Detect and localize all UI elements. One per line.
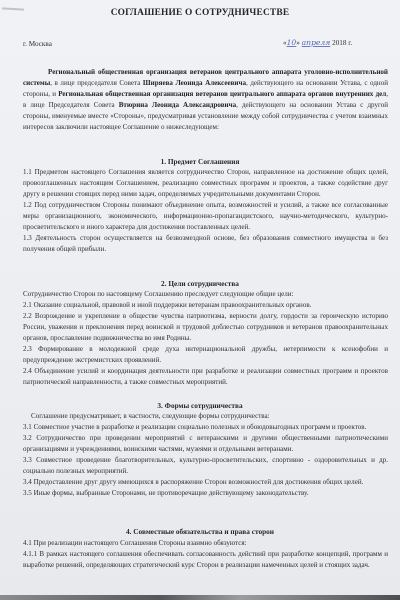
date-year: 2018 г. — [332, 39, 352, 47]
section-heading-2: 2. Цели сотрудничества — [0, 279, 400, 288]
forms-intro: Соглашение предусматривает, в частности,… — [23, 411, 388, 422]
clause-3-1: 3.1 Совместное участие в разработке и ре… — [23, 422, 388, 433]
section-heading-4: 4. Совместные обязательства и права стор… — [0, 527, 400, 536]
section-2-body: Сотрудничество Сторон по настоящему Согл… — [23, 289, 388, 388]
date-day-handwritten: 10 — [287, 38, 297, 47]
section-1-body: 1.1 Предметом настоящего Соглашения явля… — [23, 167, 388, 255]
goals-intro: Сотрудничество Сторон по настоящему Согл… — [23, 289, 388, 300]
clause-4-1-1: 4.1.1 В рамках настоящего соглашения обе… — [23, 549, 388, 571]
section-heading-1: 1. Предмет Соглашения — [0, 157, 400, 166]
clause-1-1: 1.1 Предметом настоящего Соглашения явля… — [23, 167, 388, 200]
scan-bottom-edge — [0, 595, 400, 600]
date-month-handwritten: апреля — [302, 38, 331, 47]
clause-2-2: 2.2 Возрождение и укрепление в обществе … — [23, 311, 388, 344]
party1-chair: Ширяева Леонида Алексеевича — [143, 79, 246, 87]
clause-2-1: 2.1 Оказание социальной, правовой и иной… — [23, 300, 388, 311]
preamble-text: , в лице председателя Совета — [50, 79, 143, 87]
clause-1-2: 1.2 Под сотрудничеством Стороны понимают… — [23, 200, 388, 233]
document-title: СОГЛАШЕНИЕ О СОТРУДНИЧЕСТВЕ — [0, 8, 400, 18]
party2-chair: Втюрина Леонида Александровича — [119, 101, 236, 109]
document-date: «10» апреля 2018 г. — [283, 38, 352, 47]
date-close-quote: » — [296, 39, 300, 47]
section-3-body: Соглашение предусматривает, в частности,… — [23, 411, 388, 499]
clause-1-3: 1.3 Деятельность сторон осуществляется н… — [23, 233, 388, 255]
document-page: СОГЛАШЕНИЕ О СОТРУДНИЧЕСТВЕ г. Москва «1… — [0, 0, 400, 596]
city: г. Москва — [23, 40, 52, 48]
preamble: Региональный общественная организация ве… — [23, 67, 388, 133]
clause-2-3: 2.3 Формирование в молодежной среде духа… — [23, 344, 388, 366]
clause-4-1: 4.1 При реализации настоящего Соглашения… — [23, 538, 388, 549]
clause-3-4: 3.4 Предоставление друг другу имеющихся … — [23, 477, 388, 488]
clause-3-3: 3.3 Совместное проведение благотворитель… — [23, 455, 388, 477]
clause-3-5: 3.5 Иные формы, выбранные Сторонами, не … — [23, 488, 388, 499]
clause-3-2: 3.2 Сотрудничество при проведении меропр… — [23, 433, 388, 455]
party2-name: Региональная общественная организация ве… — [58, 90, 386, 98]
clause-2-4: 2.4 Объединение усилий и координация дея… — [23, 366, 388, 388]
section-4-body: 4.1 При реализации настоящего Соглашения… — [23, 538, 388, 571]
section-heading-3: 3. Формы сотрудничества — [0, 401, 400, 410]
